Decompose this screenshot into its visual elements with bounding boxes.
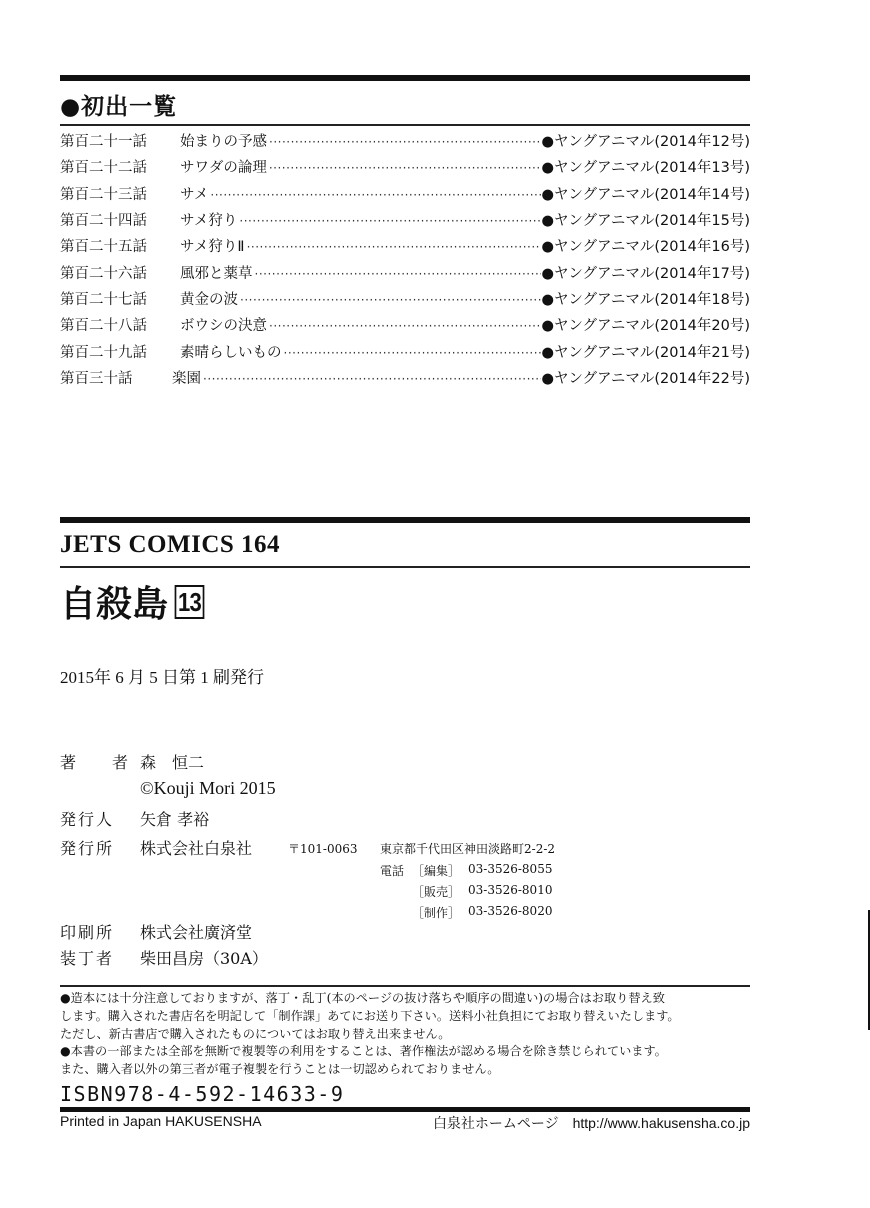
episode-title: サメ [180, 182, 208, 208]
list-item: 第百二十四話 サメ狩り ●ヤングアニマル(2014年15号) [60, 208, 750, 234]
episode-source: ●ヤングアニマル(2014年12号) [541, 129, 750, 155]
notice-line: ●本書の一部または全部を無断で複製等の利用をすることは、著作権法が認める場合を除… [60, 1043, 760, 1061]
phone-dept: ［販売］ [412, 883, 460, 900]
episode-source: ●ヤングアニマル(2014年17号) [541, 261, 750, 287]
episode-source: ●ヤングアニマル(2014年15号) [541, 208, 750, 234]
author-name: 森 恒二 [140, 750, 204, 773]
book-title: 自殺島 13 [60, 576, 207, 627]
notice-line: ただし、新古書店で購入されたものについてはお取り替え出来ません。 [60, 1026, 760, 1044]
phone-number: 03-3526-8020 [468, 904, 552, 918]
episode-number: 第百二十九話 [60, 340, 180, 366]
volume-badge: 13 [175, 585, 205, 619]
episode-source: ●ヤングアニマル(2014年21号) [541, 340, 750, 366]
printer-label: 印刷所 [60, 920, 114, 943]
publisher-person: 矢倉 孝裕 [140, 807, 209, 830]
phone-label: 電話 [380, 862, 404, 879]
designer-name: 柴田昌房（30A） [140, 946, 268, 969]
episode-source: ●ヤングアニマル(2014年13号) [541, 155, 750, 181]
episode-source: ●ヤングアニマル(2014年22号) [541, 366, 750, 392]
list-item: 第百二十八話 ボウシの決意 ●ヤングアニマル(2014年20号) [60, 313, 750, 339]
leader-dots [269, 313, 541, 339]
episode-title: 始まりの予感 [180, 129, 267, 155]
notice-line: ●造本には十分注意しておりますが、落丁・乱丁(本のページの抜け落ちや順序の間違い… [60, 990, 760, 1008]
first-appearance-heading: ●初出一覧 [60, 88, 177, 121]
series-label: JETS COMICS 164 [60, 531, 280, 559]
episode-source: ●ヤングアニマル(2014年20号) [541, 313, 750, 339]
notice-line: します。購入された書店名を明記して「制作課」あてにお送り下さい。送料小社負担にて… [60, 1008, 760, 1026]
designer-label: 装丁者 [60, 946, 114, 969]
episode-number: 第百三十話 [60, 366, 172, 392]
homepage: 白泉社ホームページ http://www.hakusensha.co.jp [433, 1113, 750, 1133]
publisher-name: 株式会社白泉社 [140, 836, 252, 859]
homepage-url[interactable]: http://www.hakusensha.co.jp [573, 1115, 750, 1131]
list-item: 第百二十五話 サメ狩りⅡ ●ヤングアニマル(2014年16号) [60, 234, 750, 260]
episode-number: 第百二十六話 [60, 261, 180, 287]
list-item: 第百二十六話 風邪と薬草 ●ヤングアニマル(2014年17号) [60, 260, 750, 286]
list-item: 第百二十一話 始まりの予感 ●ヤングアニマル(2014年12号) [60, 129, 750, 155]
list-item: 第百二十七話 黄金の波 ●ヤングアニマル(2014年18号) [60, 287, 750, 313]
leader-dots [255, 261, 542, 287]
leader-dots [247, 234, 542, 260]
episode-number: 第百二十四話 [60, 208, 180, 234]
notice-block: ●造本には十分注意しておりますが、落丁・乱丁(本のページの抜け落ちや順序の間違い… [60, 990, 760, 1079]
episode-number: 第百二十一話 [60, 129, 180, 155]
episode-number: 第百二十五話 [60, 234, 180, 260]
episode-source: ●ヤングアニマル(2014年16号) [541, 234, 750, 260]
leader-dots [210, 182, 541, 208]
notice-rule [60, 985, 750, 987]
list-item: 第百二十三話 サメ ●ヤングアニマル(2014年14号) [60, 182, 750, 208]
issue-date: 2015年 6 月 5 日第 1 刷発行 [60, 663, 264, 688]
episode-number: 第百二十八話 [60, 313, 180, 339]
author-label: 著 者 [60, 750, 138, 773]
leader-dots [203, 366, 541, 392]
episode-title: 風邪と薬草 [180, 261, 253, 287]
list-item: 第百二十二話 サワダの論理 ●ヤングアニマル(2014年13号) [60, 155, 750, 181]
phone-dept: ［編集］ [412, 862, 460, 879]
first-appearance-list: 第百二十一話 始まりの予感 ●ヤングアニマル(2014年12号) 第百二十二話 … [60, 129, 750, 392]
leader-dots [240, 287, 541, 313]
isbn-rule [60, 1107, 750, 1112]
episode-title: サワダの論理 [180, 155, 267, 181]
episode-title: ボウシの決意 [180, 313, 267, 339]
episode-number: 第百二十三話 [60, 182, 180, 208]
printed-in: Printed in Japan HAKUSENSHA [60, 1113, 262, 1129]
episode-title: サメ狩りⅡ [180, 234, 245, 260]
title-text: 自殺島 [60, 576, 168, 627]
episode-title: サメ狩り [180, 208, 237, 234]
publisher-person-label: 発行人 [60, 807, 114, 830]
colophon-thick-rule [60, 517, 750, 523]
isbn: ISBN978-4-592-14633-9 [60, 1082, 344, 1106]
episode-number: 第百二十七話 [60, 287, 180, 313]
episode-source: ●ヤングアニマル(2014年18号) [541, 287, 750, 313]
publisher-label: 発行所 [60, 836, 114, 859]
postal-code: 〒101-0063 [288, 840, 358, 857]
address: 東京都千代田区神田淡路町2-2-2 [380, 840, 555, 857]
heading-underline [60, 124, 750, 126]
episode-title: 素晴らしいもの [180, 340, 282, 366]
list-item: 第百二十九話 素晴らしいもの ●ヤングアニマル(2014年21号) [60, 339, 750, 365]
notice-line: また、購入者以外の第三者が電子複製を行うことは一切認められておりません。 [60, 1061, 760, 1079]
copyright: ©Kouji Mori 2015 [140, 778, 276, 799]
phone-number: 03-3526-8010 [468, 883, 552, 897]
leader-dots [269, 129, 541, 155]
phone-number: 03-3526-8055 [468, 862, 552, 876]
list-item: 第百三十話 楽園 ●ヤングアニマル(2014年22号) [60, 366, 750, 392]
leader-dots [284, 340, 542, 366]
top-thick-rule [60, 75, 750, 81]
series-underline [60, 566, 750, 568]
leader-dots [269, 155, 541, 181]
episode-title: 黄金の波 [180, 287, 238, 313]
leader-dots [239, 208, 541, 234]
episode-title: 楽園 [172, 366, 201, 392]
homepage-label: 白泉社ホームページ [433, 1115, 559, 1131]
phone-dept: ［制作］ [412, 904, 460, 921]
printer-name: 株式会社廣済堂 [140, 920, 252, 943]
episode-number: 第百二十二話 [60, 155, 180, 181]
episode-source: ●ヤングアニマル(2014年14号) [541, 182, 750, 208]
